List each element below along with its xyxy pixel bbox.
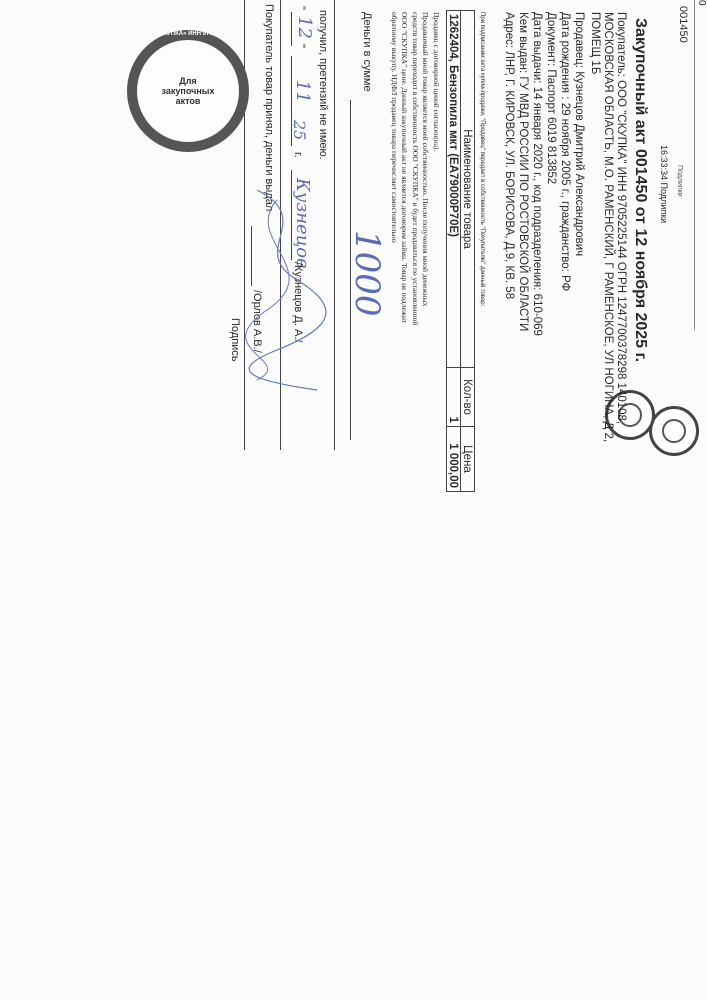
- purchase-act-document: 0 001450 Подлипки 16:33:34 Подлипки Заку…: [0, 0, 707, 1000]
- stamp-ring-text: ООО «СКУПКА» ИНН 9705225144: [140, 31, 236, 37]
- corner-mark: 0: [696, 0, 707, 6]
- header-qty: Кол-во: [461, 368, 475, 427]
- legal-line-4: ООО "СКУПКА" цене. Данный закупочный акт…: [399, 12, 410, 325]
- handwritten-amount: 1000: [347, 230, 387, 317]
- timestamp: 16:33:34 Подлипки: [659, 145, 669, 223]
- seller-birth: Дата рождения : 29 ноября 2005 г., гражд…: [558, 12, 571, 291]
- goods-table: Наименование товара Кол-во Цена 1262404,…: [446, 10, 475, 492]
- buyer-line-1: Покупатель: ООО "СКУПКА" ИНН 9705225144 …: [614, 12, 627, 424]
- receipt-year: 25: [290, 120, 309, 140]
- day-line: [291, 12, 292, 46]
- seller-name: Продавец: Кузнецов Дмитрий Александрович: [572, 12, 585, 256]
- goods-qty: 1: [447, 368, 461, 427]
- receipt-day: 12: [294, 16, 315, 39]
- stamp-line-2: закупочных: [162, 86, 215, 96]
- seller-address: Адрес: ЛНР, Г. КИРОВСК, УЛ. БОРИСОВА, Д.…: [502, 12, 515, 299]
- date-quote-open: ": [295, 6, 307, 10]
- stamp-line-1: Для: [179, 76, 196, 86]
- stamp-small-1: [649, 406, 699, 456]
- legal-line-3: средств товар переходит в собственность …: [410, 12, 421, 325]
- goods-price: 1 000,00: [447, 427, 461, 492]
- signature-scribble-icon: [237, 180, 337, 400]
- buyer-line-2: МОСКОВСКАЯ ОБЛАСТЬ, М.О. РАМЕНСКИЙ, Г РА…: [601, 12, 614, 442]
- doc-number: 001450: [677, 6, 689, 43]
- receipt-month: 11: [292, 80, 313, 103]
- legal-line-2: Продаваемый мной товар является моей соб…: [420, 12, 431, 325]
- goods-table-header: Наименование товара Кол-во Цена: [461, 11, 475, 492]
- table-row: 1262404, Бензопила мкт (ЕА79000Р70Е) 1 1…: [447, 11, 461, 492]
- header-rule: [694, 0, 695, 330]
- company-stamp: ООО «СКУПКА» ИНН 9705225144 Для закупочн…: [127, 30, 249, 152]
- seller-issued-by: Кем выдан: ГУ МВД РОССИИ ПО РОСТОВСКОЙ О…: [516, 12, 529, 331]
- date-quote-close: ": [295, 44, 307, 48]
- receipt-text: получил, претензий не имею.: [317, 10, 329, 160]
- legal-text: Продавец с договорной ценой согласен(на)…: [389, 12, 442, 325]
- stamp-line-3: актов: [176, 96, 201, 106]
- transfer-note: При подписании акта купли-продажи, "Прод…: [479, 12, 485, 306]
- seller-document: Документ: Паспорт 6019 813852: [544, 12, 557, 184]
- header-price: Цена: [461, 427, 475, 492]
- money-label: Деньги в сумме: [361, 12, 373, 92]
- year-label: г.: [292, 152, 304, 158]
- header-name: Наименование товара: [461, 11, 475, 368]
- seller-issue-date: Дата выдачи: 14 января 2020 г., код подр…: [530, 12, 543, 336]
- page-title: Закупочный акт 001450 от 12 ноября 2025 …: [631, 18, 649, 362]
- buyer-line-3: ПОМЕЩ 1Б: [588, 12, 601, 74]
- legal-line-5: обратному выкупу. НДФЛ продавец товара п…: [389, 12, 400, 325]
- header-fragment: Подлипки: [676, 165, 683, 197]
- goods-name: 1262404, Бензопила мкт (ЕА79000Р70Е): [447, 11, 461, 368]
- legal-line-1: Продавец с договорной ценой согласен(на)…: [431, 12, 442, 325]
